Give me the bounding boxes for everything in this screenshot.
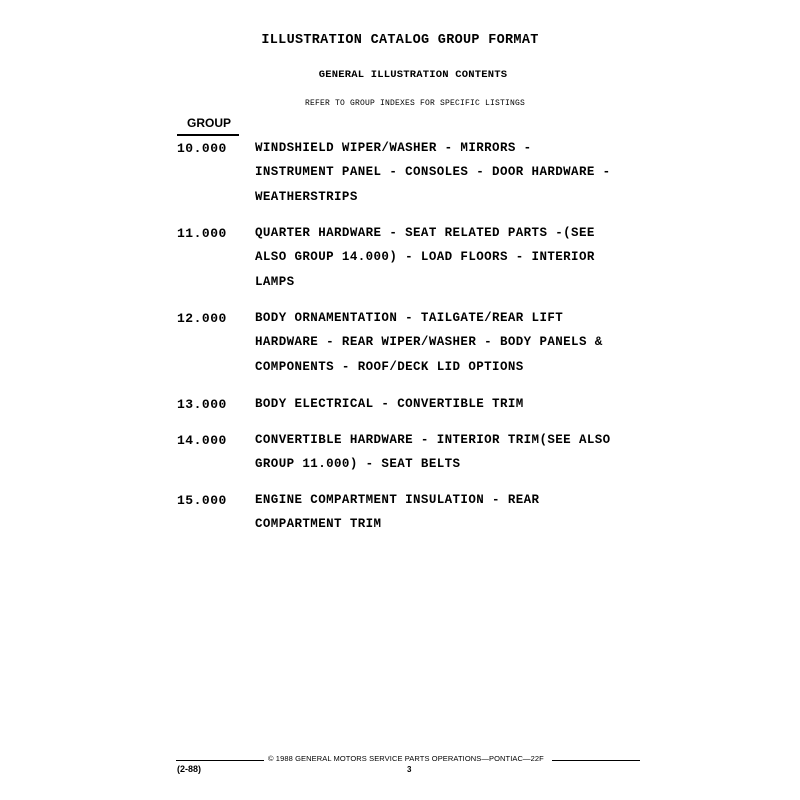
group-description: CONVERTIBLE HARDWARE - INTERIOR TRIM(SEE… [255, 428, 675, 477]
description-line: ALSO GROUP 14.000) - LOAD FLOORS - INTER… [255, 245, 675, 269]
description-line: LAMPS [255, 270, 675, 294]
group-description: QUARTER HARDWARE - SEAT RELATED PARTS -(… [255, 221, 675, 294]
description-line: BODY ELECTRICAL - CONVERTIBLE TRIM [255, 392, 675, 416]
description-line: BODY ORNAMENTATION - TAILGATE/REAR LIFT [255, 306, 675, 330]
description-line: ENGINE COMPARTMENT INSULATION - REAR [255, 488, 675, 512]
description-line: INSTRUMENT PANEL - CONSOLES - DOOR HARDW… [255, 160, 675, 184]
description-line: HARDWARE - REAR WIPER/WASHER - BODY PANE… [255, 330, 675, 354]
description-line: COMPARTMENT TRIM [255, 512, 675, 536]
group-number: 12.000 [177, 311, 227, 326]
group-number: 14.000 [177, 433, 227, 448]
group-number: 11.000 [177, 226, 227, 241]
group-header-underline [177, 134, 239, 136]
description-line: WINDSHIELD WIPER/WASHER - MIRRORS - [255, 136, 675, 160]
description-line: WEATHERSTRIPS [255, 185, 675, 209]
page-title: ILLUSTRATION CATALOG GROUP FORMAT [0, 33, 800, 48]
group-column-header: GROUP [187, 116, 231, 130]
footer-copyright: © 1988 GENERAL MOTORS SERVICE PARTS OPER… [268, 754, 544, 763]
group-number: 13.000 [177, 397, 227, 412]
page-number: 3 [407, 765, 411, 774]
footer-rule-left [176, 760, 264, 761]
page-subtitle: GENERAL ILLUSTRATION CONTENTS [0, 69, 800, 81]
group-description: WINDSHIELD WIPER/WASHER - MIRRORS - INST… [255, 136, 675, 209]
description-line: CONVERTIBLE HARDWARE - INTERIOR TRIM(SEE… [255, 428, 675, 452]
group-description: BODY ELECTRICAL - CONVERTIBLE TRIM [255, 392, 675, 416]
group-description: ENGINE COMPARTMENT INSULATION - REAR COM… [255, 488, 675, 537]
description-line: COMPONENTS - ROOF/DECK LID OPTIONS [255, 355, 675, 379]
group-number: 15.000 [177, 493, 227, 508]
description-line: QUARTER HARDWARE - SEAT RELATED PARTS -(… [255, 221, 675, 245]
group-number: 10.000 [177, 141, 227, 156]
footer-date-code: (2-88) [177, 764, 201, 774]
footer-rule-right [552, 760, 640, 761]
description-line: GROUP 11.000) - SEAT BELTS [255, 452, 675, 476]
reference-note: REFER TO GROUP INDEXES FOR SPECIFIC LIST… [0, 99, 800, 108]
group-description: BODY ORNAMENTATION - TAILGATE/REAR LIFT … [255, 306, 675, 379]
